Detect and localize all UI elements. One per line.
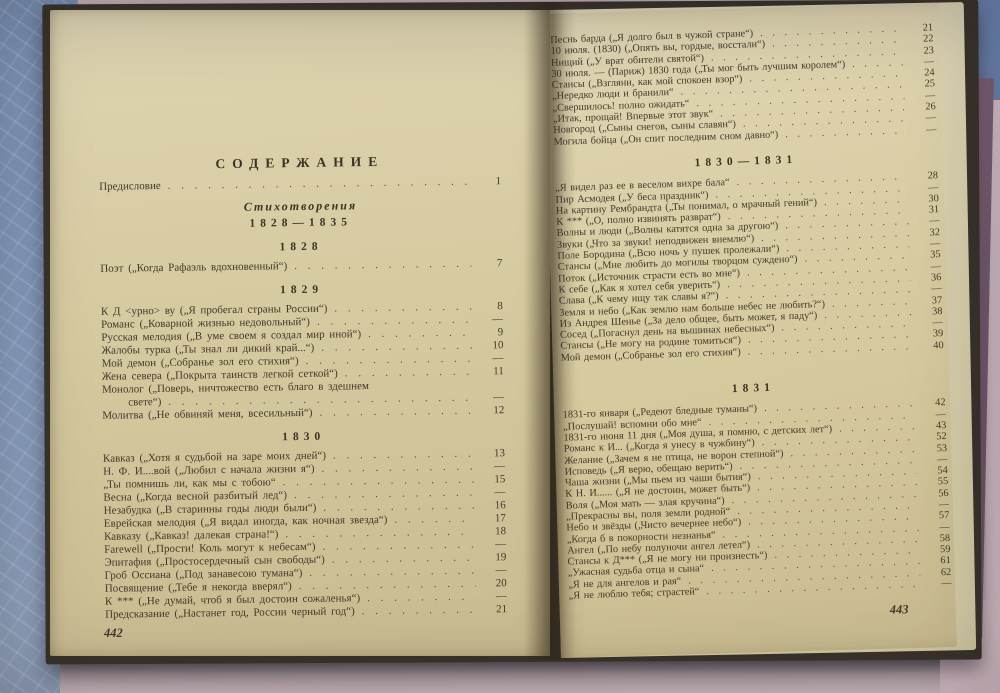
entry-page-ref: —	[917, 317, 943, 329]
entry-page-ref: —	[910, 113, 936, 125]
entry-page-ref: 18	[480, 525, 506, 538]
entry-page-ref: —	[920, 409, 946, 421]
entry-page-ref: 10	[477, 339, 503, 352]
entry-page-ref: 15	[479, 473, 505, 486]
entry-page-ref: 57	[923, 510, 949, 522]
entry-dot-leader: . . . . . . . . . . . . . . . . . . . . …	[294, 258, 471, 273]
entry-page-ref: —	[480, 564, 506, 577]
entry-dot-leader: . . . . . . . . . . . . . . . . . . . . …	[168, 176, 471, 193]
entry-page-ref: —	[912, 182, 938, 194]
entry-page-ref: 42	[919, 397, 945, 409]
toc-entry: Поэт („Когда Рафаэль вдохновенный“). . .…	[100, 257, 502, 276]
entry-page-ref: 12	[478, 404, 504, 417]
entry-page-ref: 55	[922, 476, 948, 488]
entry-page-ref: —	[914, 238, 940, 250]
entry-page-ref: —	[478, 391, 504, 404]
entry-page-ref: 19	[480, 551, 506, 564]
entry-dot-leader: . . . . . . . . . . . . . . . . . . . . …	[362, 604, 477, 619]
entry-page-ref: —	[910, 124, 936, 136]
entry-page-ref: 56	[922, 488, 948, 500]
entry-page-ref: —	[916, 283, 942, 295]
entry-title: свете“)	[102, 396, 161, 410]
entry-page-ref: 62	[925, 567, 951, 579]
toc-title: СОДЕРЖАНИЕ	[99, 153, 501, 172]
entry-page-ref: 40	[917, 340, 943, 352]
section-year-header: 1831	[562, 377, 945, 401]
entry-page-ref: 54	[922, 465, 948, 477]
entry-page-ref: 17	[480, 512, 506, 525]
entry-page-ref: 1	[475, 175, 501, 188]
entry-page-ref: 35	[914, 249, 940, 261]
entry-page-ref: 9	[477, 326, 503, 339]
page-number-right: 443	[890, 602, 909, 618]
entry-page-ref: —	[478, 352, 504, 365]
entry-page-ref: 61	[925, 555, 951, 567]
entry-dot-leader: . . . . . . . . . . . . . . . . . . . . …	[319, 405, 473, 420]
toc-right-sections: Песнь барда („Я долго был в чужой стране…	[550, 22, 952, 602]
section-year-header: 1830—1831	[554, 150, 937, 174]
entry-page-ref: 58	[924, 533, 950, 545]
entry-page-ref: 21	[481, 603, 507, 616]
entry-page-ref: 28	[912, 170, 938, 182]
entry-page-ref: —	[915, 261, 941, 273]
entry-title: Поэт („Когда Рафаэль вдохновенный“)	[100, 260, 287, 276]
entry-page-ref: 13	[479, 447, 505, 460]
entry-page-ref: 16	[480, 499, 506, 512]
book-page-right: Песнь барда („Я долго был в чужой стране…	[543, 3, 957, 658]
entry-title: Молитва („Не обвиняй меня, всесильный“)	[102, 407, 312, 423]
entry-page-ref: 52	[920, 431, 946, 443]
book-page-left: СОДЕРЖАНИЕ Предисловие. . . . . . . . . …	[50, 10, 550, 656]
entry-dot-leader: . . . . . . . . . . . . . . . . . . . . …	[345, 366, 473, 381]
section-year-header: 1830	[103, 428, 505, 447]
entry-page-ref: —	[925, 578, 951, 590]
toc-entry: Предисловие. . . . . . . . . . . . . . .…	[99, 175, 501, 194]
entry-page-ref: 31	[913, 204, 939, 216]
toc-subtitle: Стихотворения	[99, 197, 501, 216]
entry-page-ref: 25	[909, 79, 935, 91]
entry-page-ref: 53	[921, 443, 947, 455]
page-number-left: 442	[104, 626, 123, 641]
entry-page-ref: 22	[907, 34, 933, 46]
entry-page-ref: 39	[917, 328, 943, 340]
toc-left-column: СОДЕРЖАНИЕ Предисловие. . . . . . . . . …	[99, 153, 507, 622]
entry-page-ref: 59	[924, 544, 950, 556]
entry-page-ref: 38	[916, 306, 942, 318]
entry-page-ref: 36	[915, 272, 941, 284]
entry-page-ref: 24	[908, 67, 934, 79]
section-year-header: 1829	[101, 281, 503, 300]
entry-page-ref: 8	[477, 300, 503, 313]
entry-page-ref: 26	[910, 101, 936, 113]
entry-page-ref: 32	[914, 227, 940, 239]
entry-page-ref: 7	[476, 257, 502, 270]
entry-page-ref: —	[923, 499, 949, 511]
entry-page-ref: —	[908, 56, 934, 68]
entry-title: Предсказание („Настанет год, России черн…	[105, 605, 355, 621]
entry-page-ref: —	[479, 486, 505, 499]
entry-page-ref: —	[481, 590, 507, 603]
entry-page-ref: —	[477, 313, 503, 326]
entry-page-ref: 43	[920, 420, 946, 432]
entry-page-ref: —	[480, 538, 506, 551]
entry-page-ref: —	[909, 90, 935, 102]
photo-of-open-book: { "colors": { "page_paper": "#d6caa0", "…	[0, 0, 1000, 693]
entry-page-ref: 23	[908, 45, 934, 57]
entry-page-ref: 11	[478, 365, 504, 378]
entry-dot-leader: . . . . . . . . . . . . . . . . . . . . …	[394, 513, 475, 527]
toc-right-column: Песнь барда („Я долго был в чужой стране…	[550, 22, 952, 602]
entry-title: Предисловие	[99, 180, 161, 194]
toc-left-sections: 1828Поэт („Когда Рафаэль вдохновенный“).…	[100, 238, 507, 622]
toc-date-range: 1828—1835	[100, 214, 502, 233]
entry-page-ref: 37	[916, 295, 942, 307]
entry-page-ref: 20	[481, 577, 507, 590]
section-year-header: 1828	[100, 238, 502, 257]
entry-page-ref: —	[479, 460, 505, 473]
entry-page-ref: —	[921, 454, 947, 466]
entry-page-ref: 30	[913, 193, 939, 205]
toc-preface-row: Предисловие. . . . . . . . . . . . . . .…	[99, 175, 501, 194]
entry-page-ref: —	[923, 522, 949, 534]
entry-page-ref: —	[913, 216, 939, 228]
entry-page-ref: 21	[907, 22, 933, 34]
